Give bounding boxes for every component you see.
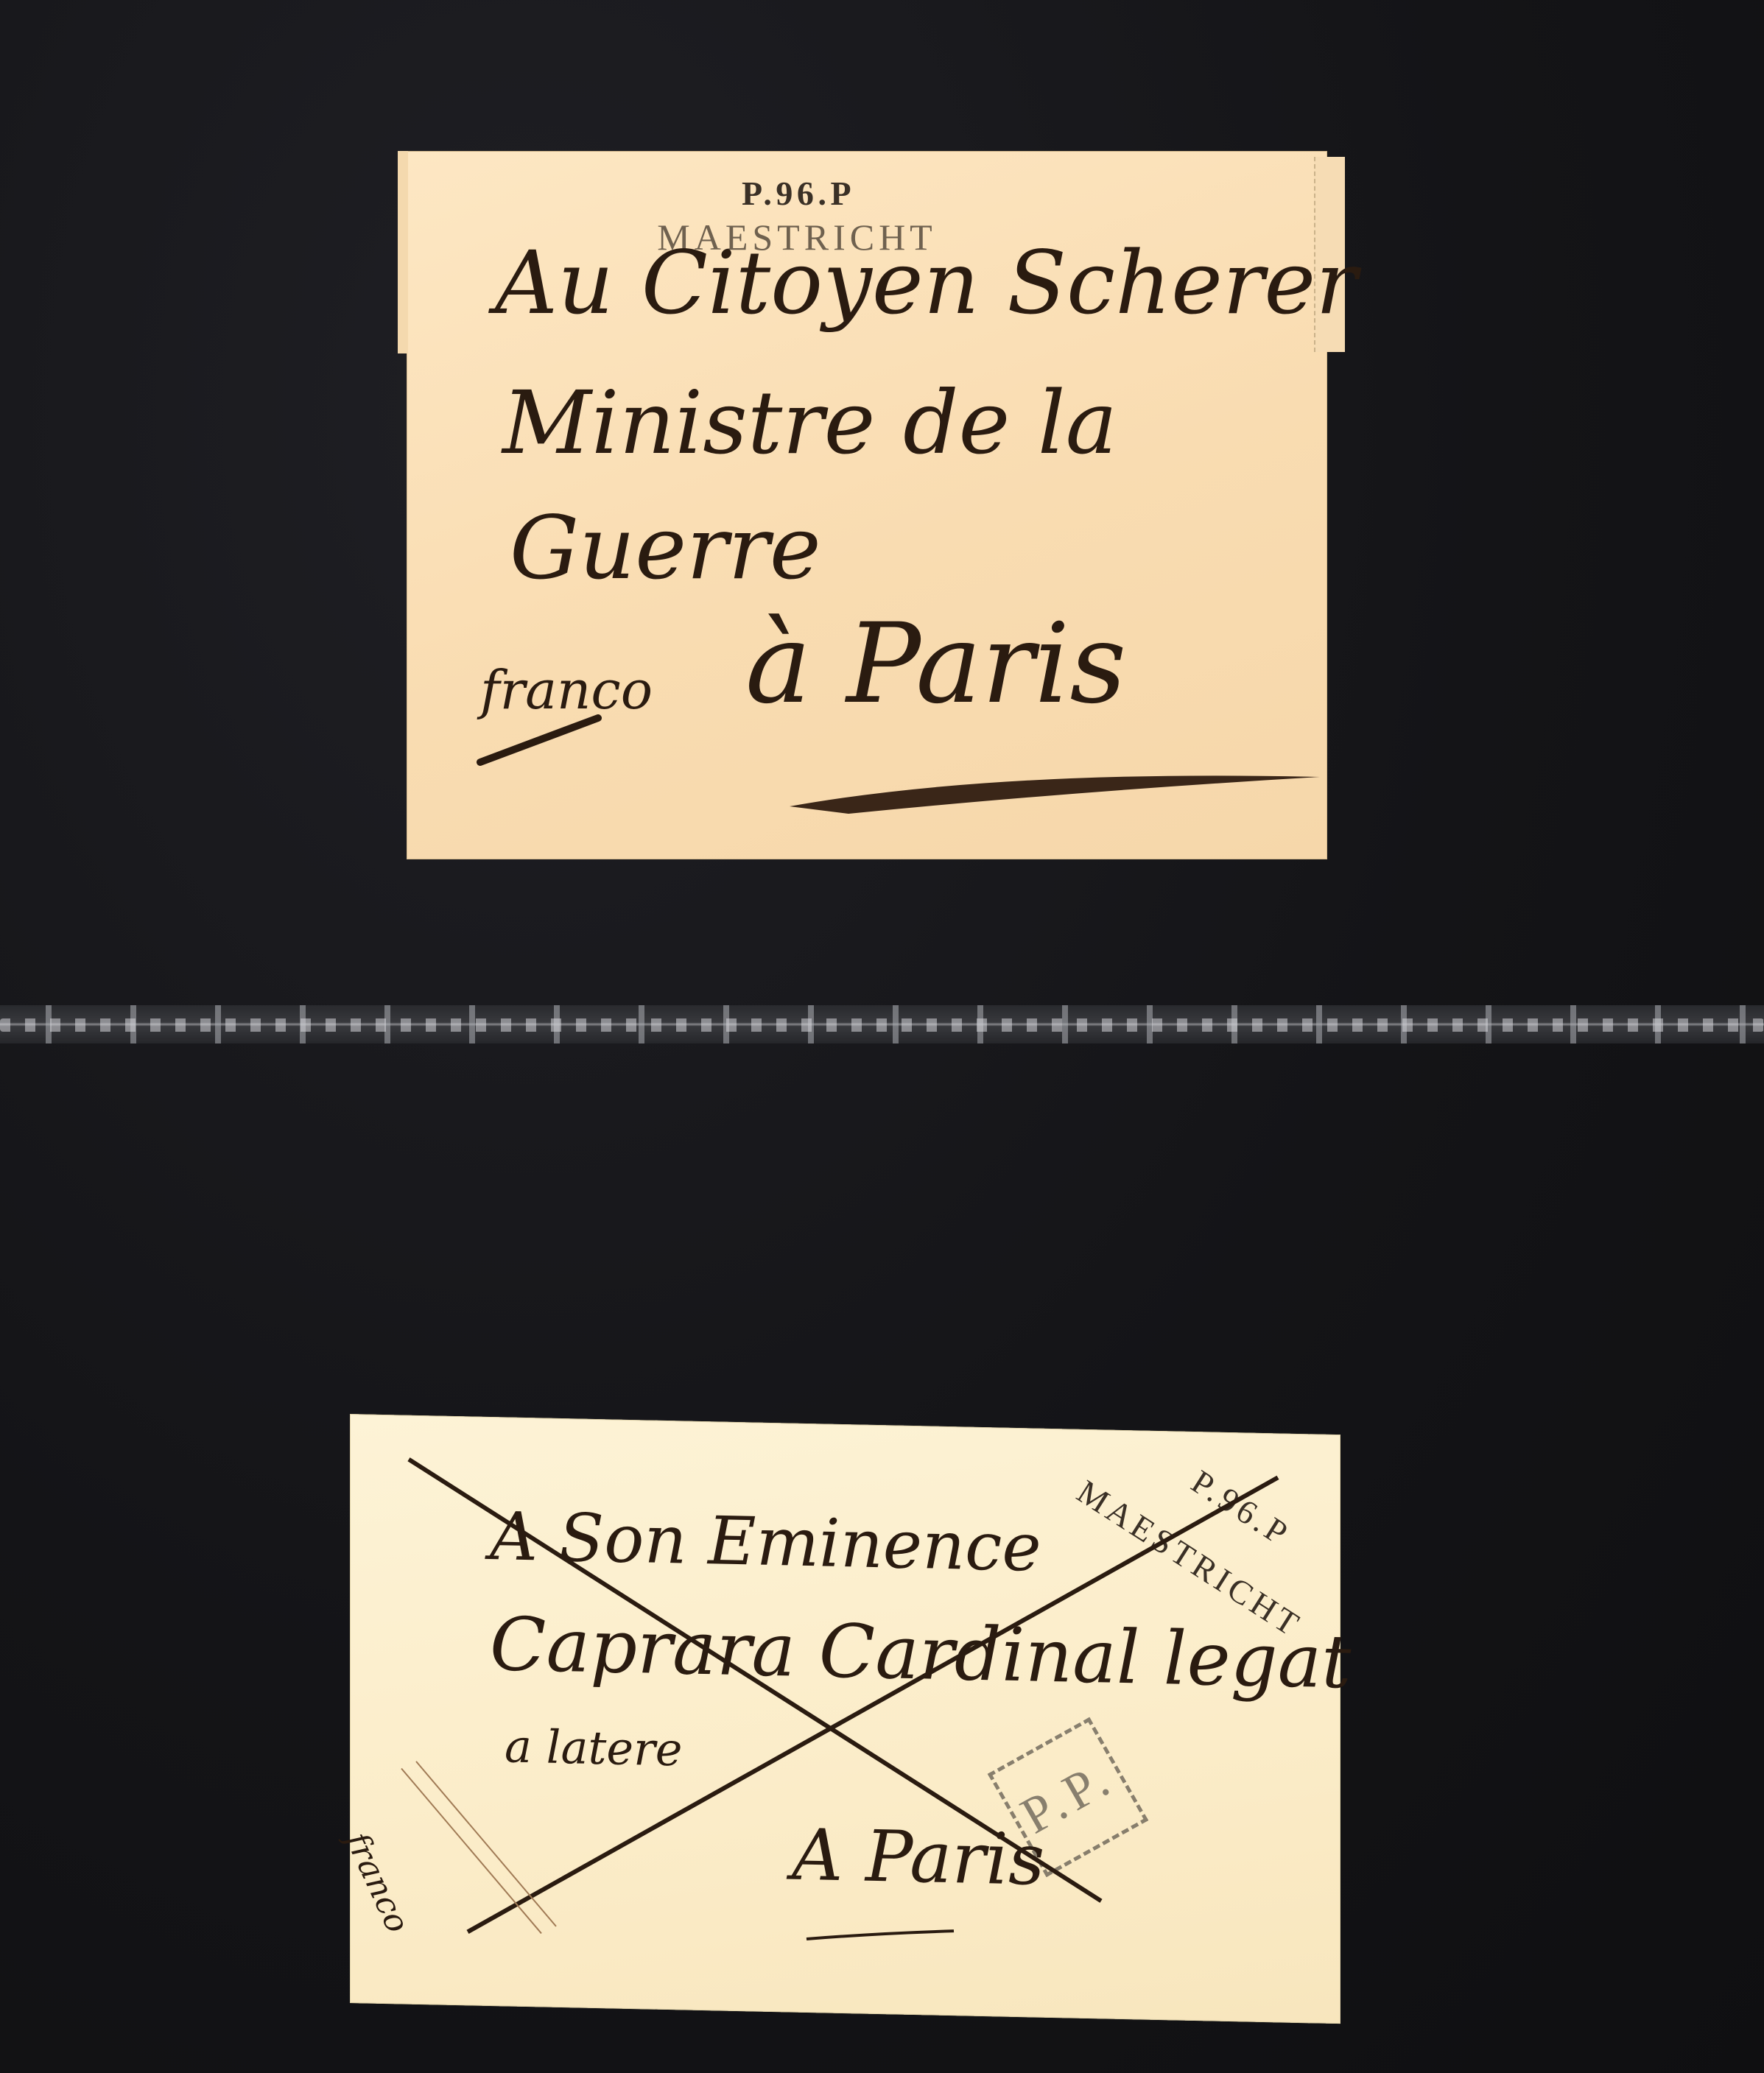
postal-cover-2: P.96.P MAESTRICHT P.P. A Son Eminence Ca… bbox=[350, 1414, 1340, 2024]
stock-page-strip bbox=[0, 1005, 1764, 1043]
postal-cover-1: P.96.P MAESTRICHT Au Citoyen Scherer Min… bbox=[407, 151, 1327, 859]
strip-seam bbox=[0, 1018, 1764, 1032]
ink-underlines bbox=[407, 151, 1327, 859]
cancel-cross-lines bbox=[350, 1414, 1340, 2024]
